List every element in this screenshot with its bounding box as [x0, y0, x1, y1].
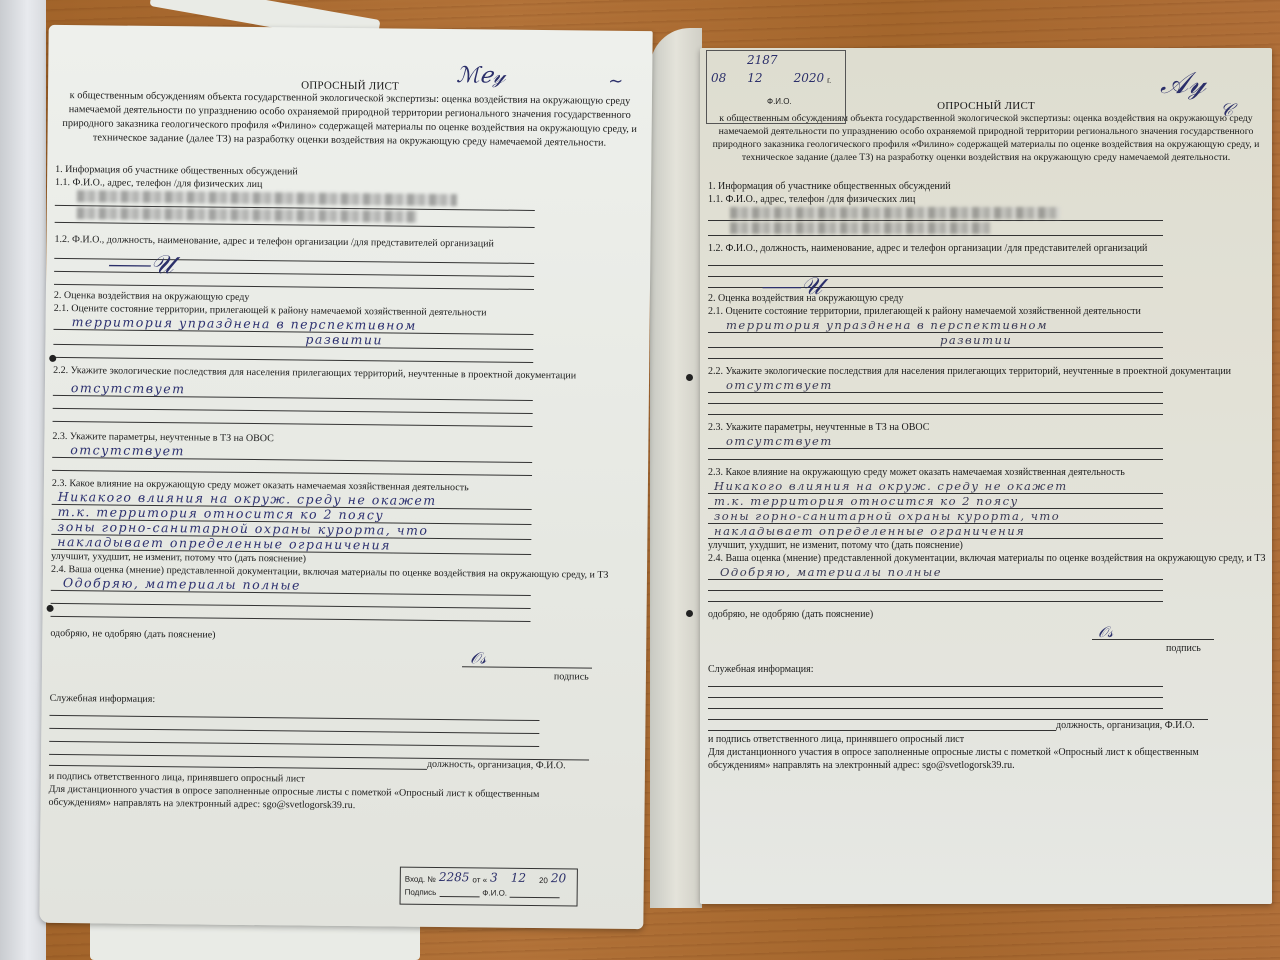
- document-subtitle: к общественным обсуждениям объекта госуд…: [47, 89, 652, 151]
- signature-mark: ∼: [608, 71, 623, 92]
- registration-day: 08: [711, 71, 726, 85]
- redacted-personal-info: [77, 190, 457, 206]
- incoming-month: 12: [511, 871, 526, 885]
- section-1-1: 1.1. Ф.И.О., адрес, телефон /для физичес…: [700, 193, 1272, 206]
- answer-2-3-params: отсутствует: [700, 434, 1272, 448]
- dash-mark: ⸺𝒰: [106, 243, 174, 281]
- signature-top: 𝒜𝓎: [1160, 66, 1206, 101]
- questionnaire-page-left: ℳℯ𝓎 ∼ ОПРОСНЫЙ ЛИСТ к общественным обсуж…: [39, 25, 652, 929]
- punch-hole: [47, 605, 54, 612]
- answer-2-1-line1: территория упразднена в перспективном: [700, 318, 1272, 332]
- responsible-label: должность, организация, Ф.И.О.: [427, 759, 566, 771]
- incoming-day: 3: [490, 871, 498, 885]
- answer-2-3-impact-line: т.к. территория относится ко 2 поясу: [700, 494, 1272, 508]
- registration-stamp: 2187 08 12 2020 г. Ф.И.О.: [706, 50, 846, 124]
- registration-number: 2187: [747, 53, 778, 67]
- remote-note: Для дистанционного участия в опросе запо…: [41, 783, 645, 815]
- responsible-sign-label: и подпись ответственного лица, принявшег…: [700, 733, 1272, 746]
- right-binder-stack: [650, 28, 702, 908]
- punch-hole: [686, 374, 693, 381]
- redacted-personal-info: [730, 207, 1060, 219]
- signature-label: подпись: [554, 671, 589, 682]
- left-binder-stack: [0, 0, 46, 960]
- answer-2-3-impact-line: накладывает определенные ограничения: [700, 524, 1272, 538]
- answer-2-4: Одобряю, материалы полные: [700, 565, 1272, 579]
- responsible-label: должность, организация, Ф.И.О.: [1056, 720, 1195, 731]
- remote-note: Для дистанционного участия в опросе запо…: [700, 746, 1272, 772]
- registration-month: 12: [747, 71, 762, 85]
- registration-year: 2020: [794, 71, 825, 85]
- section-2-3-hint: улучшит, ухудшит, не изменит, потому что…: [700, 539, 1272, 552]
- signature-label: подпись: [1166, 643, 1201, 654]
- signature-mark: 𝒞: [1220, 100, 1233, 121]
- signature-top: ℳℯ𝓎: [456, 63, 506, 89]
- questionnaire-page-right: 2187 08 12 2020 г. Ф.И.О. 𝒜𝓎 𝒞 ОПРОСНЫЙ …: [700, 48, 1272, 904]
- dash-mark: ⸺𝒰: [760, 266, 822, 301]
- incoming-number: 2285: [439, 870, 470, 884]
- section-2-4-hint: одобряю, не одобряю (дать пояснение): [700, 608, 1272, 621]
- section-1: 1. Информация об участнике общественных …: [700, 180, 1272, 193]
- punch-hole: [49, 355, 56, 362]
- answer-2-3-impact-line: зоны горно-санитарной охраны курорта, чт…: [700, 509, 1272, 523]
- answer-2-3-impact-line: Никакого влияния на окруж. среду не окаж…: [700, 479, 1272, 493]
- service-info-label: Служебная информация:: [700, 663, 1272, 676]
- section-1-2: 1.2. Ф.И.О., должность, наименование, ад…: [700, 242, 1272, 255]
- redacted-personal-info: [730, 222, 990, 234]
- incoming-stamp: Вход. № 2285 от « 3 12 2020 Подпись Ф.И.…: [400, 867, 578, 907]
- section-2-4: 2.4. Ваша оценка (мнение) представленной…: [700, 552, 1272, 565]
- answer-2-1-line2: развитии: [700, 333, 1272, 347]
- section-2-2: 2.2. Укажите экологические последствия д…: [700, 365, 1272, 378]
- punch-hole: [686, 610, 693, 617]
- incoming-year: 20: [551, 871, 566, 885]
- section-2-3-impact: 2.3. Какое влияние на окружающую среду м…: [700, 466, 1272, 479]
- section-2-1: 2.1. Оцените состояние территории, приле…: [700, 305, 1272, 318]
- redacted-personal-info: [77, 207, 417, 223]
- answer-2-2: отсутствует: [700, 378, 1272, 392]
- section-2-3-params: 2.3. Укажите параметры, неучтенные в ТЗ …: [700, 421, 1272, 434]
